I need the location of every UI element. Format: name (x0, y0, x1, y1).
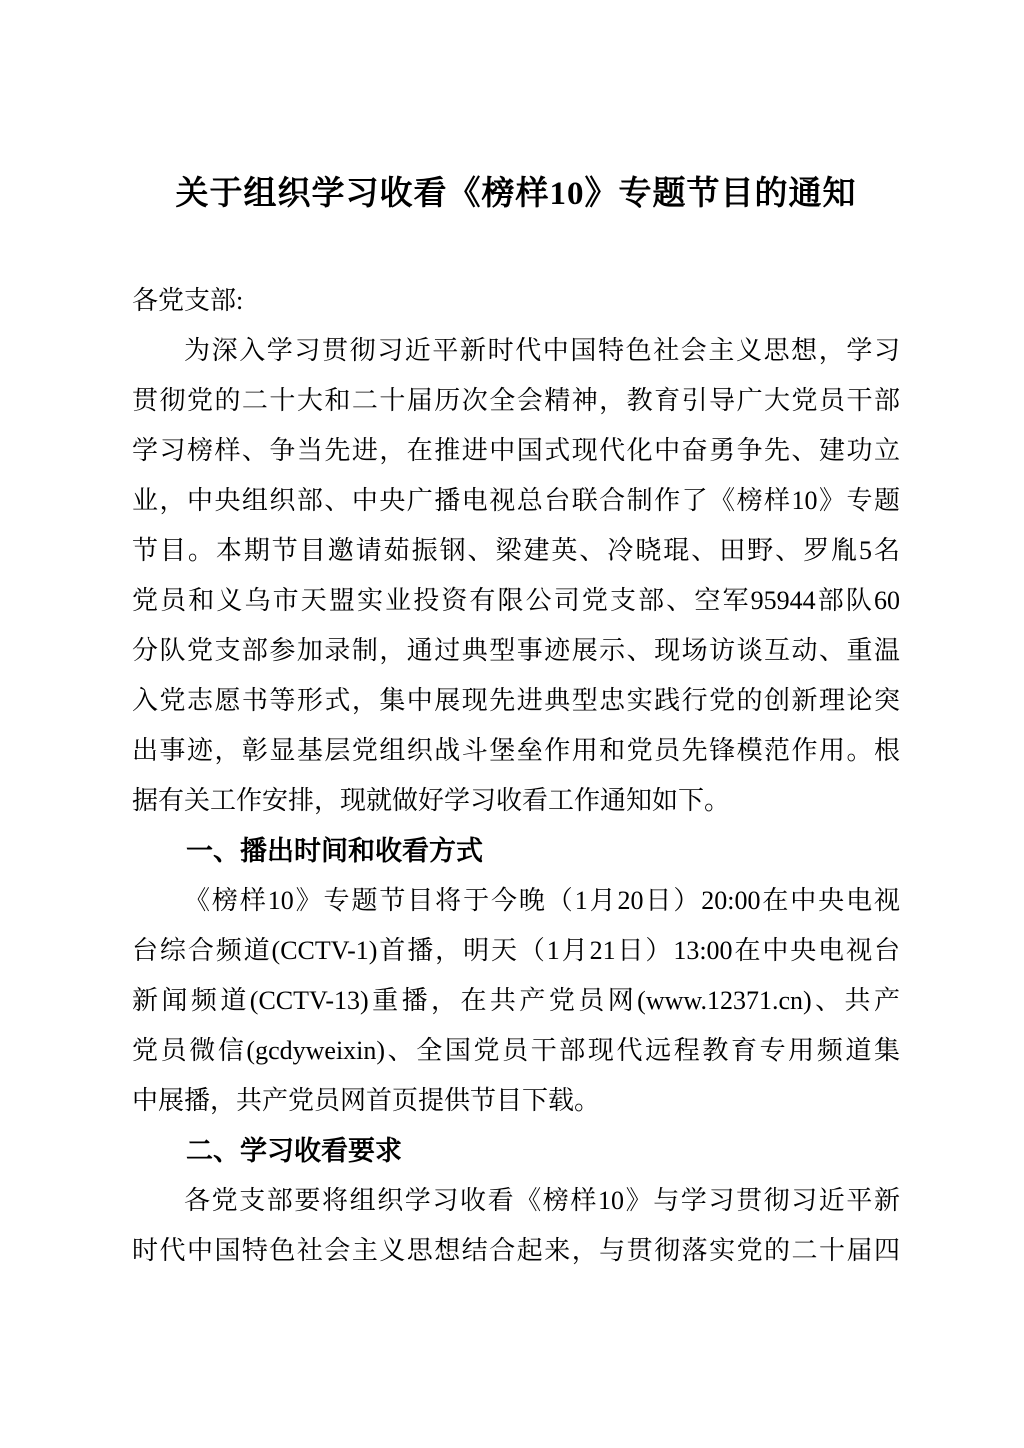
body-line: 出事迹，彰显基层党组织战斗堡垒作用和党员先锋模范作用。根 (132, 726, 900, 776)
document-title: 关于组织学习收看《榜样10》专题节目的通知 (132, 172, 900, 216)
body-line: 中展播，共产党员网首页提供节目下载。 (132, 1076, 900, 1126)
section-heading-1: 一、播出时间和收看方式 (132, 826, 900, 876)
section-heading-2: 二、学习收看要求 (132, 1126, 900, 1176)
body-line: 贯彻党的二十大和二十届历次全会精神，教育引导广大党员干部 (132, 376, 900, 426)
body-line: 为深入学习贯彻习近平新时代中国特色社会主义思想，学习 (132, 326, 900, 376)
body-line: 学习榜样、争当先进，在推进中国式现代化中奋勇争先、建功立 (132, 426, 900, 476)
body-line: 分队党支部参加录制，通过典型事迹展示、现场访谈互动、重温 (132, 626, 900, 676)
body-line: 党员和义乌市天盟实业投资有限公司党支部、空军95944部队60 (132, 576, 900, 626)
body-line: 据有关工作安排，现就做好学习收看工作通知如下。 (132, 776, 900, 826)
body-line: 新闻频道(CCTV-13)重播，在共产党员网(www.12371.cn)、共产 (132, 976, 900, 1026)
body-line: 《榜样10》专题节目将于今晚（1月20日）20:00在中央电视 (132, 876, 900, 926)
document-body: 各党支部: 为深入学习贯彻习近平新时代中国特色社会主义思想，学习 贯彻党的二十大… (132, 276, 900, 1276)
document-page: 关于组织学习收看《榜样10》专题节目的通知 各党支部: 为深入学习贯彻习近平新时… (0, 0, 1024, 1448)
body-line: 节目。本期节目邀请茹振钢、梁建英、冷晓琨、田野、罗胤5名 (132, 526, 900, 576)
salutation: 各党支部: (132, 276, 900, 326)
body-line: 入党志愿书等形式，集中展现先进典型忠实践行党的创新理论突 (132, 676, 900, 726)
body-line: 党员微信(gcdyweixin)、全国党员干部现代远程教育专用频道集 (132, 1026, 900, 1076)
body-line: 各党支部要将组织学习收看《榜样10》与学习贯彻习近平新 (132, 1176, 900, 1226)
body-line: 时代中国特色社会主义思想结合起来，与贯彻落实党的二十届四 (132, 1226, 900, 1276)
body-line: 台综合频道(CCTV-1)首播，明天（1月21日）13:00在中央电视台 (132, 926, 900, 976)
body-line: 业，中央组织部、中央广播电视总台联合制作了《榜样10》专题 (132, 476, 900, 526)
